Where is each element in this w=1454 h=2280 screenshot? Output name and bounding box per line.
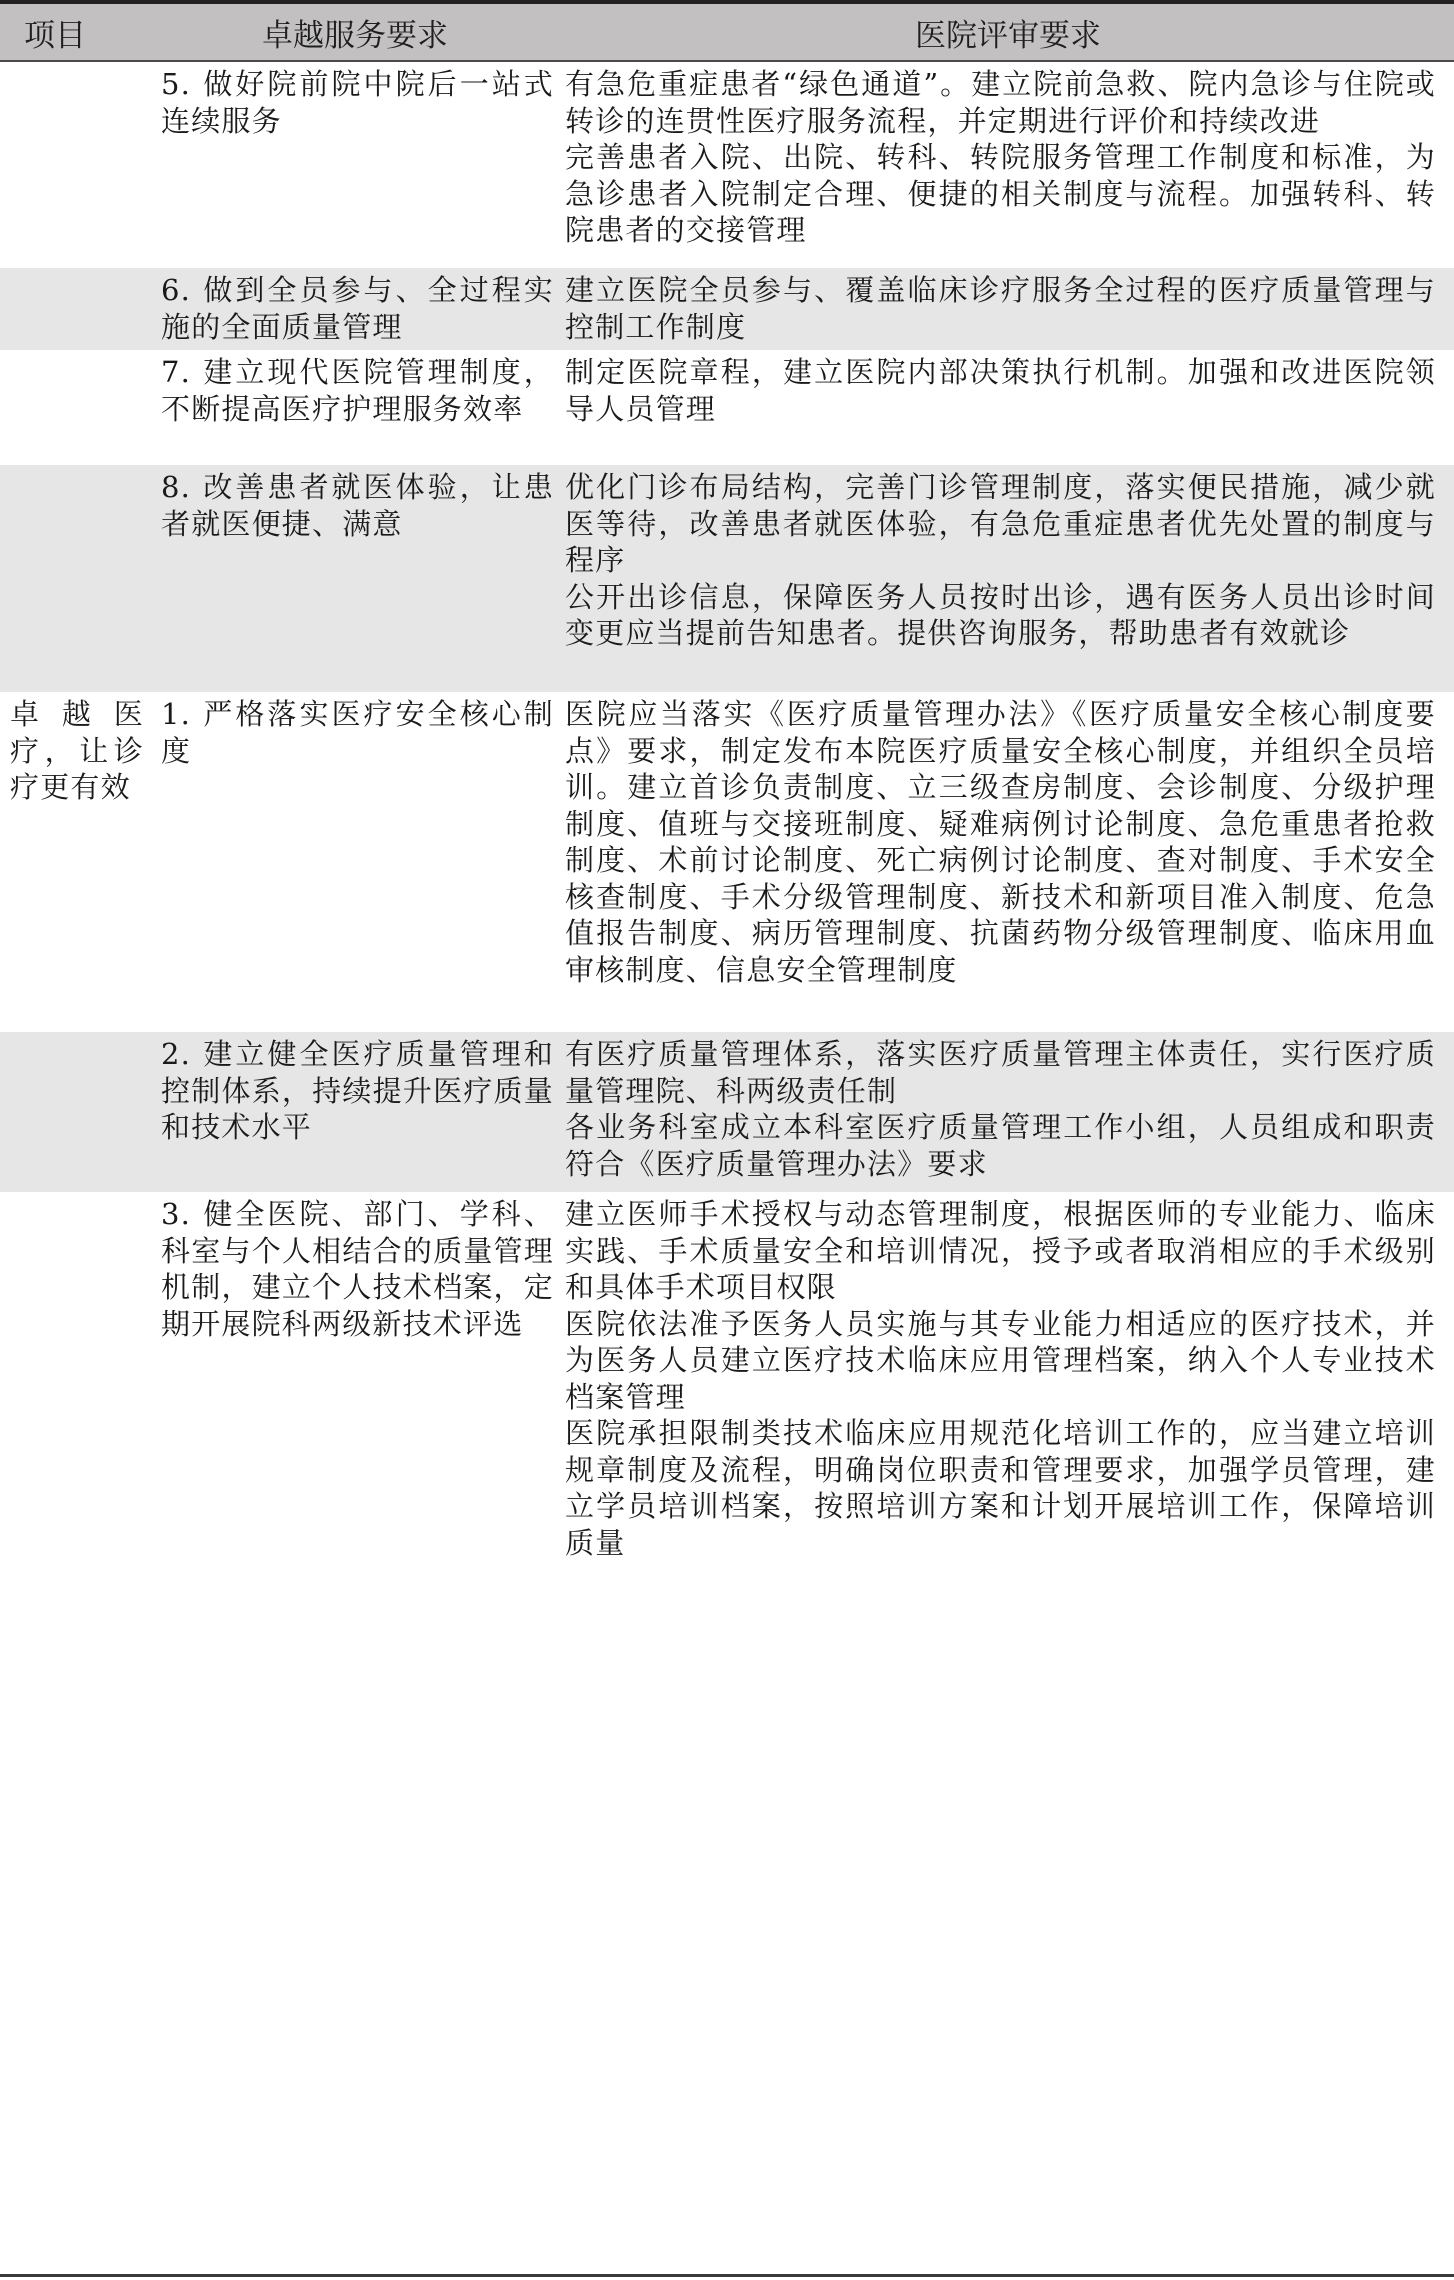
requirement-cell: 2. 建立健全医疗质量管理和控制体系，持续提升医疗质量和技术水平	[148, 1036, 562, 1184]
table-row: 2. 建立健全医疗质量管理和控制体系，持续提升医疗质量和技术水平 有医疗质量管理…	[0, 1032, 1454, 1192]
review-cell: 制定医院章程，建立医院内部决策执行机制。加强和改进医院领导人员管理	[562, 354, 1454, 457]
requirement-cell: 6. 做到全员参与、全过程实施的全面质量管理	[148, 272, 562, 342]
review-paragraph: 有医疗质量管理体系，落实医疗质量管理主体责任，实行医疗质量管理院、科两级责任制	[565, 1036, 1436, 1109]
table-row: 3. 健全医院、部门、学科、科室与个人相结合的质量管理机制，建立个人技术档案，定…	[0, 1192, 1454, 2274]
requirement-cell: 1. 严格落实医疗安全核心制度	[148, 696, 562, 1024]
table-row: 6. 做到全员参与、全过程实施的全面质量管理 建立医院全员参与、覆盖临床诊疗服务…	[0, 268, 1454, 350]
table-row: 7. 建立现代医院管理制度，不断提高医疗护理服务效率 制定医院章程，建立医院内部…	[0, 350, 1454, 465]
review-paragraph: 医院承担限制类技术临床应用规范化培训工作的，应当建立培训规章制度及流程，明确岗位…	[565, 1415, 1436, 1561]
review-cell: 有急危重症患者“绿色通道”。建立院前急救、院内急诊与住院或转诊的连贯性医疗服务流…	[562, 66, 1454, 260]
category-cell: 卓越医疗，让诊疗更有效	[0, 696, 148, 1024]
review-paragraph: 医院依法准予医务人员实施与其专业能力相适应的医疗技术，并为医务人员建立医疗技术临…	[565, 1306, 1436, 1416]
requirement-cell: 8. 改善患者就医体验，让患者就医便捷、满意	[148, 469, 562, 684]
requirement-cell: 5. 做好院前院中院后一站式连续服务	[148, 66, 562, 260]
requirement-cell: 7. 建立现代医院管理制度，不断提高医疗护理服务效率	[148, 354, 562, 457]
review-cell: 建立医院全员参与、覆盖临床诊疗服务全过程的医疗质量管理与控制工作制度	[562, 272, 1454, 342]
review-paragraph: 制定医院章程，建立医院内部决策执行机制。加强和改进医院领导人员管理	[565, 354, 1436, 427]
requirements-table: 项目 卓越服务要求 医院评审要求 5. 做好院前院中院后一站式连续服务 有急危重…	[0, 0, 1454, 2277]
review-paragraph: 建立医师手术授权与动态管理制度，根据医师的专业能力、临床实践、手术质量安全和培训…	[565, 1196, 1436, 1306]
review-paragraph: 优化门诊布局结构，完善门诊管理制度，落实便民措施，减少就医等待，改善患者就医体验…	[565, 469, 1436, 579]
category-cell	[0, 469, 148, 684]
category-cell	[0, 1036, 148, 1184]
review-paragraph: 有急危重症患者“绿色通道”。建立院前急救、院内急诊与住院或转诊的连贯性医疗服务流…	[565, 66, 1436, 139]
review-cell: 建立医师手术授权与动态管理制度，根据医师的专业能力、临床实践、手术质量安全和培训…	[562, 1196, 1454, 2266]
review-paragraph: 完善患者入院、出院、转科、转院服务管理工作制度和标准，为急诊患者入院制定合理、便…	[565, 139, 1436, 249]
review-paragraph: 各业务科室成立本科室医疗质量管理工作小组，人员组成和职责符合《医疗质量管理办法》…	[565, 1109, 1436, 1182]
table-row: 8. 改善患者就医体验，让患者就医便捷、满意 优化门诊布局结构，完善门诊管理制度…	[0, 465, 1454, 692]
review-paragraph: 建立医院全员参与、覆盖临床诊疗服务全过程的医疗质量管理与控制工作制度	[565, 272, 1436, 345]
header-hospital-review-requirement: 医院评审要求	[562, 4, 1454, 60]
category-cell	[0, 1196, 148, 2266]
review-cell: 优化门诊布局结构，完善门诊管理制度，落实便民措施，减少就医等待，改善患者就医体验…	[562, 469, 1454, 684]
requirement-cell: 3. 健全医院、部门、学科、科室与个人相结合的质量管理机制，建立个人技术档案，定…	[148, 1196, 562, 2266]
review-paragraph: 公开出诊信息，保障医务人员按时出诊，遇有医务人员出诊时间变更应当提前告知患者。提…	[565, 579, 1436, 652]
table-header: 项目 卓越服务要求 医院评审要求	[0, 4, 1454, 62]
review-paragraph: 医院应当落实《医疗质量管理办法》《医疗质量安全核心制度要点》要求，制定发布本院医…	[565, 696, 1436, 988]
table-row: 5. 做好院前院中院后一站式连续服务 有急危重症患者“绿色通道”。建立院前急救、…	[0, 62, 1454, 268]
header-category: 项目	[0, 4, 148, 60]
category-cell	[0, 272, 148, 342]
bottom-rule	[0, 2274, 1454, 2277]
review-cell: 医院应当落实《医疗质量管理办法》《医疗质量安全核心制度要点》要求，制定发布本院医…	[562, 696, 1454, 1024]
category-cell	[0, 354, 148, 457]
table-row: 卓越医疗，让诊疗更有效 1. 严格落实医疗安全核心制度 医院应当落实《医疗质量管…	[0, 692, 1454, 1032]
header-excellence-requirement: 卓越服务要求	[148, 4, 562, 60]
category-cell	[0, 66, 148, 260]
review-cell: 有医疗质量管理体系，落实医疗质量管理主体责任，实行医疗质量管理院、科两级责任制 …	[562, 1036, 1454, 1184]
